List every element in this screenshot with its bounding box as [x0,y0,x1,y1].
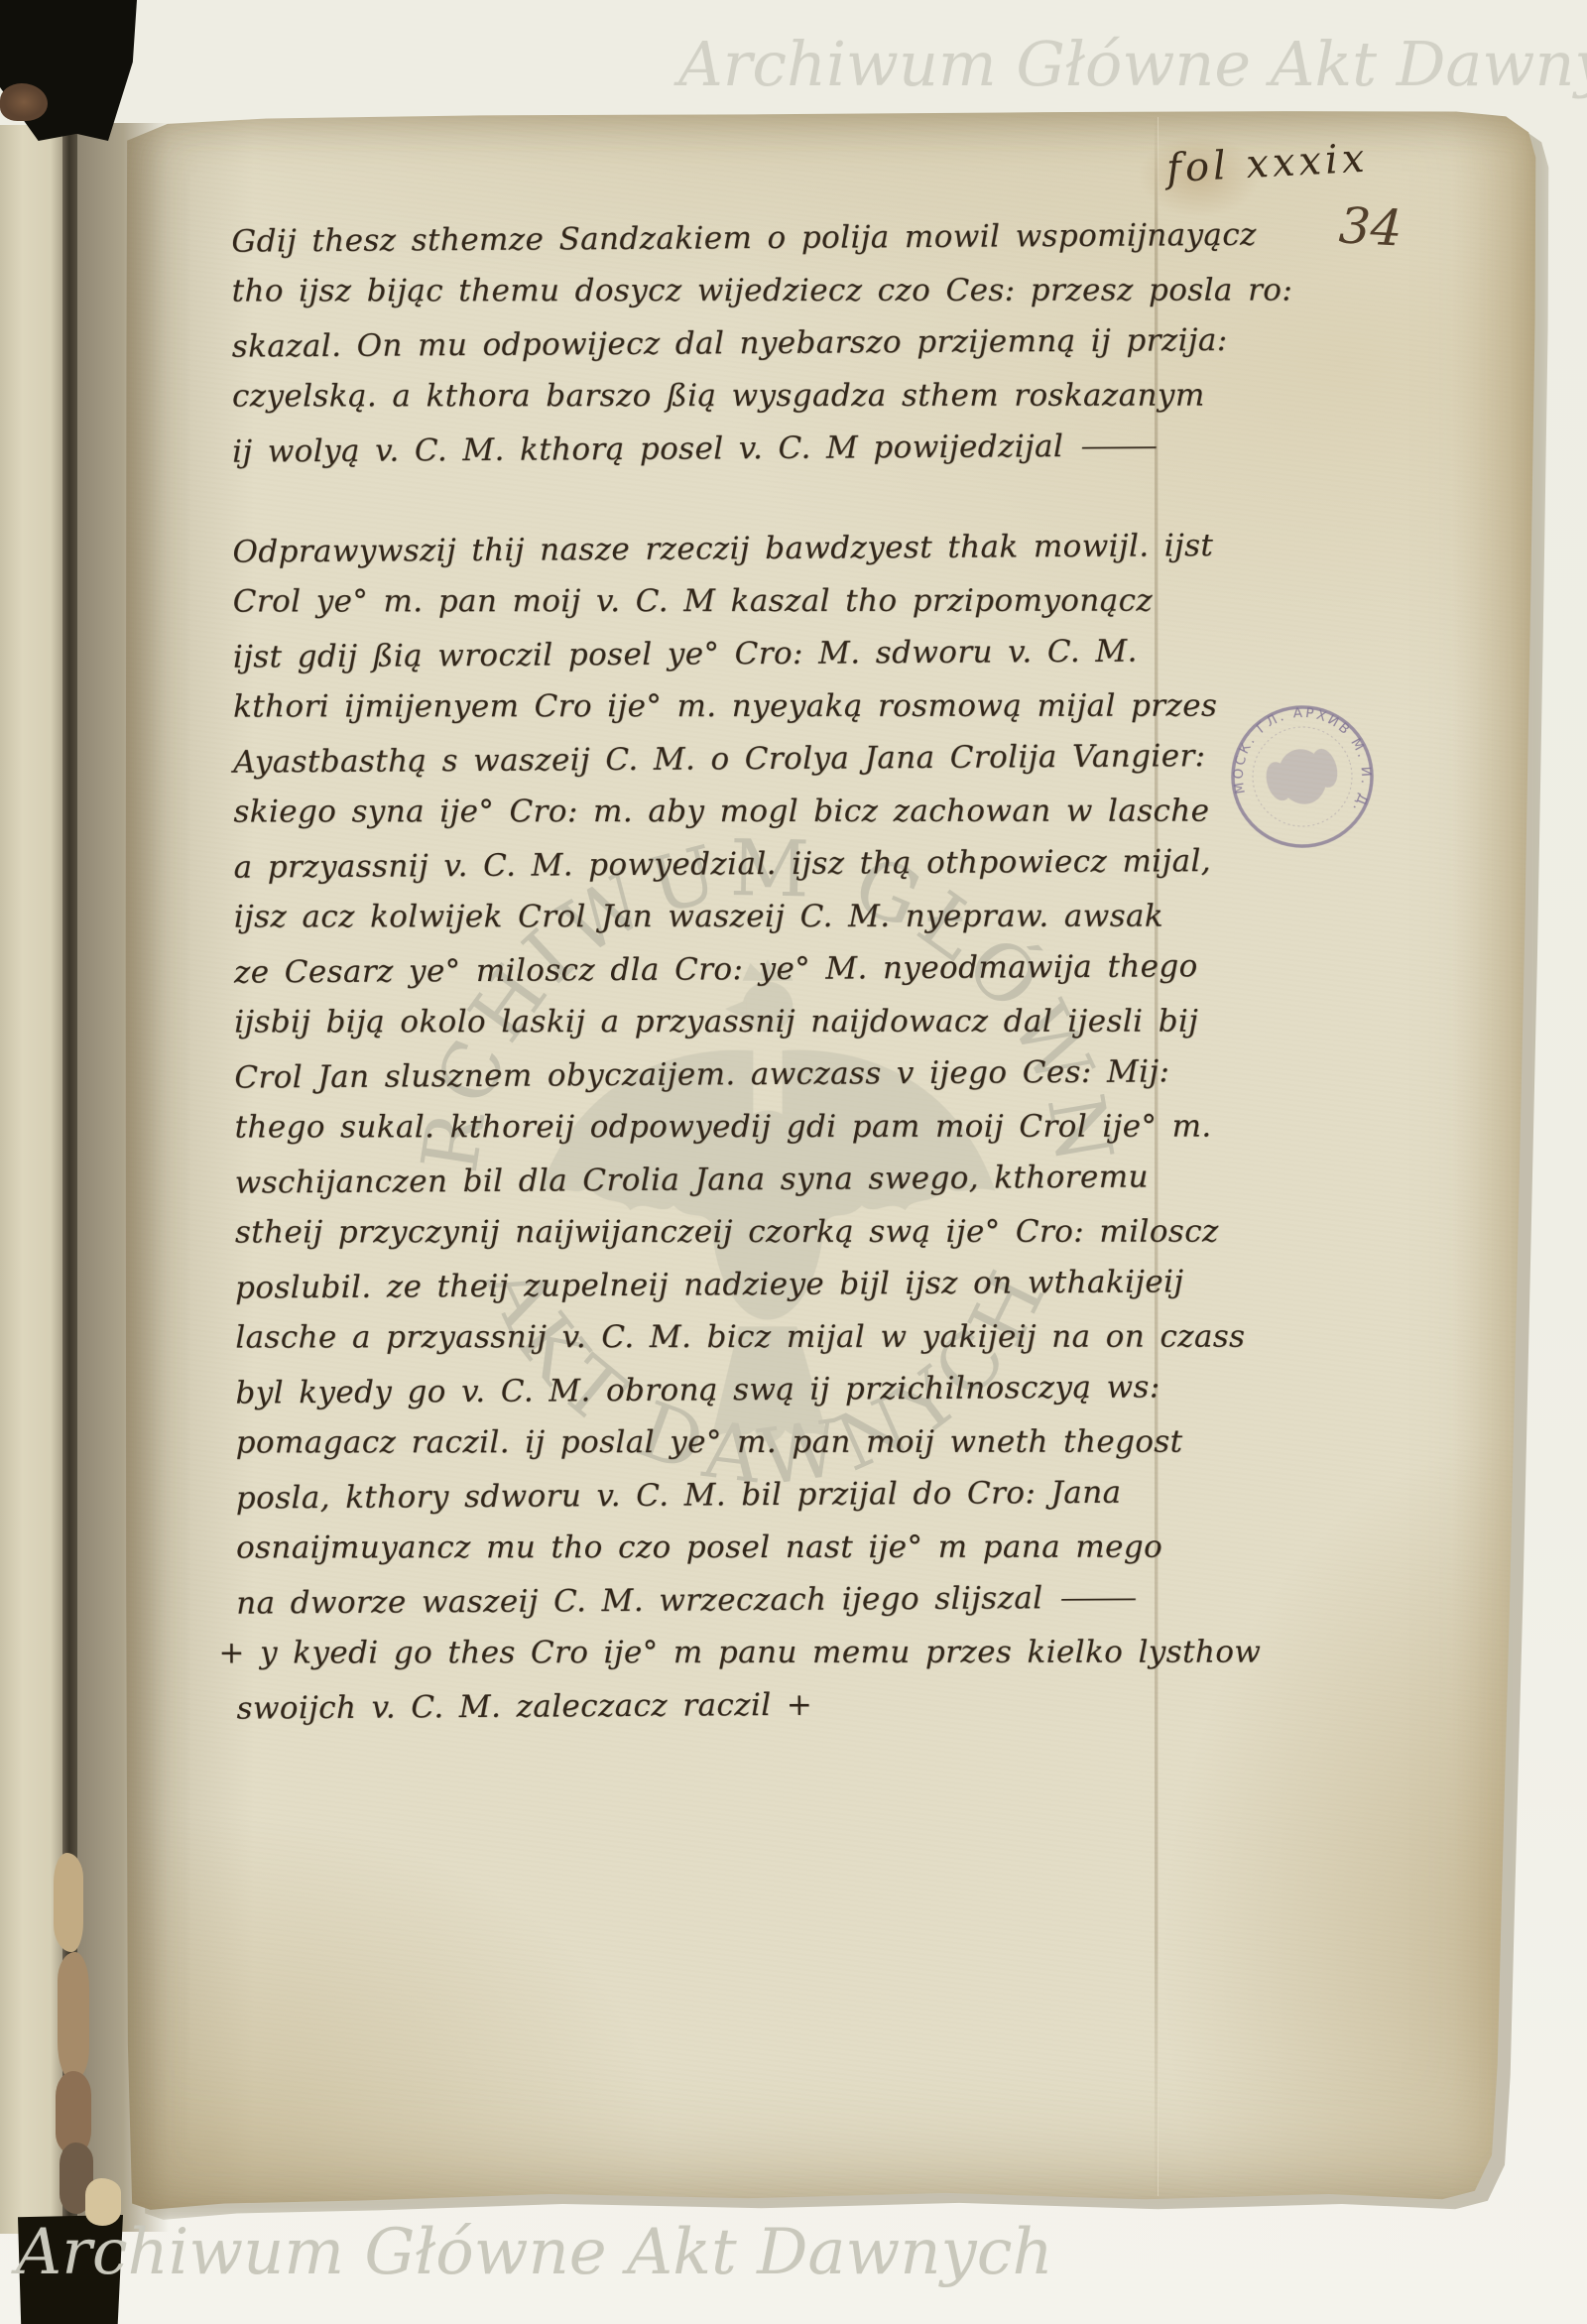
manuscript-line: skiego syna ije° Cro: m. aby mogl bicz z… [233,786,1314,839]
manuscript-line: Crol Jan slusznem obyczaijem. awczass v … [234,1044,1315,1104]
leather-spot [0,83,48,121]
book-cover-bottom [18,2215,123,2324]
manuscript-scan: Archiwum Główne Akt Dawnych ARCHIWUM GŁÓ… [0,0,1587,2324]
torn-paper-fragment [54,1853,83,1952]
manuscript-line: osnaijmuyancz mu tho czo posel nast ije°… [236,1522,1317,1575]
manuscript-line: + y kyedi go thes Cro ije° m panu memu p… [218,1627,1317,1680]
manuscript-line: ijsbij biją okolo laskij a przyassnij na… [234,996,1315,1049]
paragraph-1: Gdij thesz sthemze Sandzakiem o polija m… [231,210,1313,477]
manuscript-line: Crol ye° m. pan moij v. C. M kaszal tho … [233,575,1314,629]
manuscript-line: wschijanczen bil dla Crolia Jana syna sw… [235,1150,1316,1209]
manuscript-line: na dworze waszeij C. M. wrzeczach ijego … [236,1570,1317,1630]
stamp-emblem [1261,740,1345,813]
torn-paper-fragment [58,1952,89,2081]
manuscript-line: kthori ijmijenyem Cro ije° m. nyeyaką ro… [233,680,1314,734]
archive-watermark-top: Archiwum Główne Akt Dawnych [678,28,1587,100]
manuscript-text: Gdij thesz sthemze Sandzakiem o polija m… [231,210,1317,1734]
manuscript-line: ij wolyą v. C. M. kthorą posel v. C. M p… [232,419,1313,478]
archive-watermark-bottom: Archiwum Główne Akt Dawnych [16,2216,1053,2289]
manuscript-line: tho ijsz bijąc themu dosycz wijedziecz c… [232,265,1313,318]
manuscript-line: byl kyedy go v. C. M. obroną swą ij przi… [235,1360,1316,1419]
manuscript-line: Odprawywszij thij nasze rzeczij bawdzyes… [232,519,1313,578]
manuscript-line: poslubil. ze theij zupelneij nadzieye bi… [235,1255,1316,1314]
manuscript-line: skazal. On mu odpowijecz dal nyebarszo p… [232,313,1313,373]
manuscript-line: swoijch v. C. M. zaleczacz raczil + [236,1675,1317,1735]
manuscript-line: stheij przyczynij naijwijanczeij czorką … [235,1206,1316,1260]
manuscript-line: czyelską. a kthora barszo ßią wysgadza s… [232,370,1313,424]
manuscript-line: pomagacz raczil. ij poslal ye° m. pan mo… [236,1416,1317,1470]
paragraph-2: Odprawywszij thij nasze rzeczij bawdzyes… [232,521,1317,1734]
manuscript-line: Gdij thesz sthemze Sandzakiem o polija m… [231,208,1312,268]
manuscript-line: Ayastbasthą s waszeij C. M. o Crolya Jan… [233,729,1314,789]
page-number: 34 [1338,196,1404,257]
manuscript-line: ze Cesarz ye° miloscz dla Cro: ye° M. ny… [234,939,1315,999]
manuscript-line: posla, kthory sdworu v. C. M. bil przija… [236,1465,1317,1525]
manuscript-line: lasche a przyassnij v. C. M. bicz mijal … [235,1311,1316,1365]
torn-paper-fragment [85,2178,121,2226]
manuscript-line: thego sukal. kthoreij odpowyedij gdi pam… [235,1101,1316,1155]
manuscript-page: ARCHIWUM GŁÓWNE AKT DAWNYCH fol xxxix 34… [125,109,1541,2212]
manuscript-line: ijsz acz kolwijek Crol Jan waszeij C. M.… [234,891,1315,944]
manuscript-line: ijst gdij ßią wroczil posel ye° Cro: M. … [233,624,1314,683]
manuscript-line: a przyassnij v. C. M. powyedzial. ijsz t… [233,834,1314,894]
